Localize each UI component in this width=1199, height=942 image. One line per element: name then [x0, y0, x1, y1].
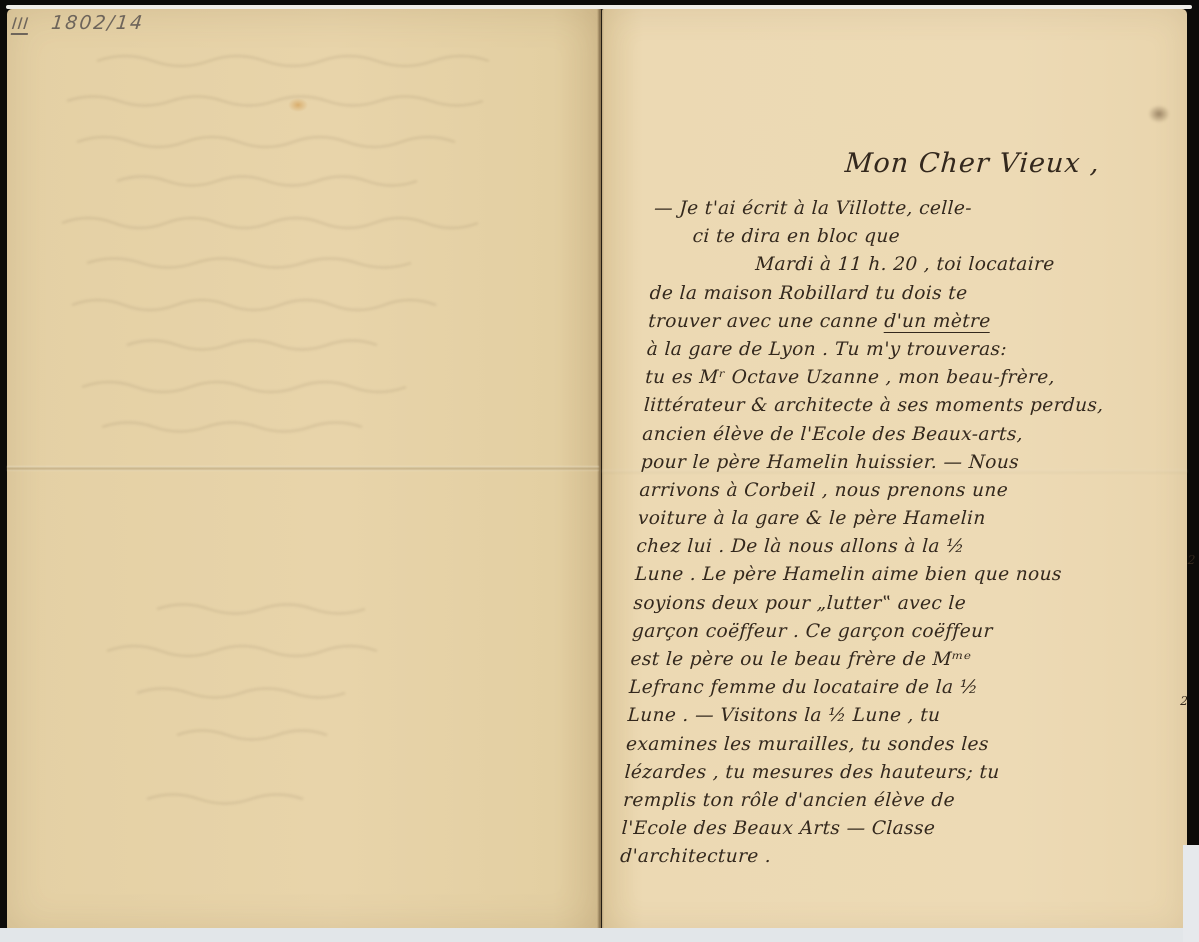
letter-line: littérateur & architecte à ses moments p… [643, 395, 1199, 423]
letter-line: l'Ecole des Beaux Arts — Classe [621, 818, 1178, 846]
line-text: est le père ou le beau frère de Mᵐᵉ [630, 649, 972, 670]
scanner-bed-right [1183, 845, 1199, 942]
letter-lines: — Je t'ai écrit à la Villotte, celle-ci … [619, 198, 1199, 875]
letter-line: Lefranc femme du locataire de la ½ [628, 677, 1185, 705]
line-text: Mardi à 11 h. 20 , toi locataire [755, 254, 1056, 275]
letter-line: remplis ton rôle d'ancien élève de [622, 790, 1179, 818]
line-text: remplis ton rôle d'ancien élève de [623, 790, 956, 811]
scanner-bed-bottom [0, 928, 1199, 942]
fraction-denominator: 2 [1180, 694, 1189, 708]
line-text: garçon coëffeur . Ce garçon coëffeur [631, 621, 993, 642]
horizontal-fold-crease [7, 466, 599, 471]
letter-line: à la gare de Lyon . Tu m'y trouveras: [646, 339, 1199, 367]
letter-line: soyions deux pour „lutter‟ avec le [633, 593, 1190, 621]
line-text: tu es Mʳ Octave Uzanne , mon beau-frère, [645, 367, 1056, 388]
letter-line: voiture à la gare & le père Hamelin [637, 508, 1194, 536]
line-text: chez lui . De là nous allons à la ½ [636, 536, 965, 557]
line-text: pour le père Hamelin huissier. — Nous [640, 452, 1019, 473]
underlined-text: d'un mètre [884, 311, 992, 333]
letter-line: tu es Mʳ Octave Uzanne , mon beau-frère, [644, 367, 1199, 395]
line-text: littérateur & architecte à ses moments p… [643, 395, 1104, 416]
letter-line: ci te dira en bloc que [652, 226, 1199, 254]
line-text: Lune . Le père Hamelin aime bien que nou… [634, 564, 1062, 585]
line-text: — Je t'ai écrit à la Villotte, celle- [654, 198, 973, 219]
letter-line: chez lui . De là nous allons à la ½ [636, 536, 1193, 564]
letter-line: garçon coëffeur . Ce garçon coëffeur [631, 621, 1188, 649]
line-text: arrivons à Corbeil , nous prenons une [639, 480, 1009, 501]
letter-line: ancien élève de l'Ecole des Beaux-arts, [641, 424, 1198, 452]
letter-salutation: Mon Cher Vieux , [844, 148, 1101, 179]
line-text: Lefranc femme du locataire de la ½ [629, 677, 979, 698]
line-text: voiture à la gare & le père Hamelin [637, 508, 986, 529]
archive-annotation-code: 1802/14 [50, 12, 145, 34]
letter-line: d'architecture . [619, 846, 1176, 874]
letter-line: pour le père Hamelin huissier. — Nous [640, 452, 1197, 480]
bleedthrough-writing [7, 9, 601, 933]
line-text: examines les murailles, tu sondes les [626, 734, 990, 755]
archive-annotation-numeral: III [11, 14, 30, 35]
line-text: l'Ecole des Beaux Arts — Classe [621, 818, 936, 839]
line-text: Lune . — Visitons la ½ Lune , tu [627, 705, 941, 726]
line-text: ci te dira en bloc que [692, 226, 900, 247]
line-text: d'architecture . [620, 846, 772, 867]
line-text: trouver avec une canne [648, 311, 885, 332]
letter-scan: III 1802/14 Mon Cher Vieux , — Je t'ai é… [0, 0, 1199, 942]
letter-line: Lune . — Visitons la ½ Lune , tu2 [627, 705, 1184, 733]
letter-line: examines les murailles, tu sondes les [625, 734, 1182, 762]
letter-line: — Je t'ai écrit à la Villotte, celle- [653, 198, 1199, 226]
line-text: à la gare de Lyon . Tu m'y trouveras: [646, 339, 1007, 360]
fraction-denominator: 2 [1187, 553, 1196, 567]
letter-line: lézardes , tu mesures des hauteurs; tu [624, 762, 1181, 790]
line-text: soyions deux pour „lutter‟ avec le [633, 593, 967, 614]
letter-line: trouver avec une canne d'un mètre [647, 311, 1199, 339]
letter-line: est le père ou le beau frère de Mᵐᵉ [630, 649, 1187, 677]
scanner-edge-highlight [6, 5, 1192, 9]
paper-stain [1148, 105, 1170, 123]
line-text: de la maison Robillard tu dois te [649, 283, 968, 304]
letter-line: Mardi à 11 h. 20 , toi locataire [650, 254, 1199, 282]
letter-line: Lune . Le père Hamelin aime bien que nou… [634, 564, 1191, 592]
archive-annotation: III 1802/14 [11, 12, 145, 34]
paper-stain [288, 98, 308, 112]
letter-line: arrivons à Corbeil , nous prenons une [638, 480, 1195, 508]
line-text: ancien élève de l'Ecole des Beaux-arts, [642, 424, 1024, 445]
letter-line: de la maison Robillard tu dois te [649, 283, 1199, 311]
line-text: lézardes , tu mesures des hauteurs; tu [624, 762, 1000, 783]
